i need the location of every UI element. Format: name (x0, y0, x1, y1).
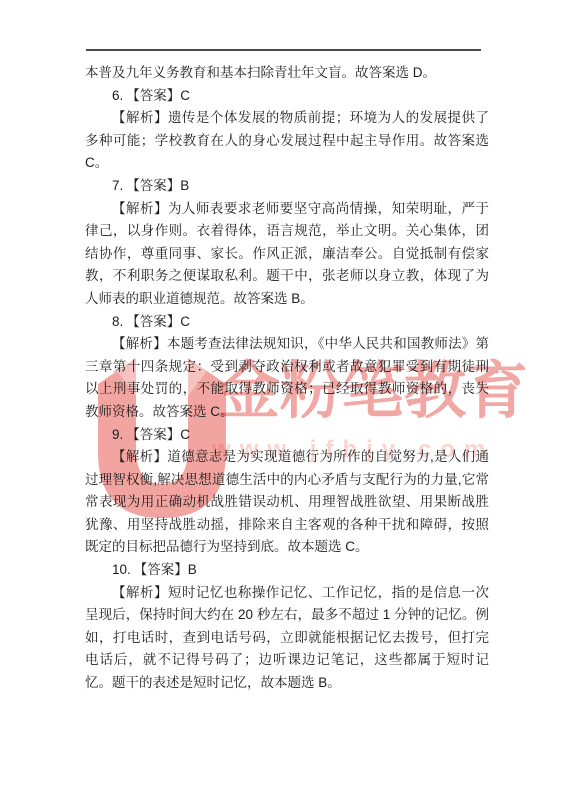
question-number: 10. (112, 562, 131, 577)
analysis-paragraph-9: 【解析】道德意志是为实现道德行为所作的自觉努力,是人们通过理智权衡,解决思想道德… (85, 446, 489, 559)
answer-line-6: 6.【答案】C (85, 85, 489, 108)
answer-line-10: 10.【答案】B (85, 559, 489, 582)
question-number: 9. (112, 427, 123, 442)
analysis-label: 【解析】 (112, 585, 168, 600)
analysis-paragraph-7: 【解析】为人师表要求老师要坚守高尚情操，知荣明耻，严于律己，以身作则。衣着得体，… (85, 198, 489, 311)
continuation-paragraph: 本普及九年义务教育和基本扫除青壮年文盲。故答案选 D。 (85, 62, 489, 85)
question-number: 7. (112, 178, 123, 193)
answer-letter: B (180, 178, 189, 193)
answer-letter: C (180, 314, 190, 329)
answer-label: 【答案】 (126, 178, 180, 193)
analysis-label: 【解析】 (112, 201, 168, 216)
answer-line-7: 7.【答案】B (85, 175, 489, 198)
analysis-text: 道德意志是为实现道德行为所作的自觉努力,是人们通过理智权衡,解决思想道德生活中的… (85, 449, 489, 554)
answer-line-8: 8.【答案】C (85, 311, 489, 334)
document-body: 本普及九年义务教育和基本扫除青壮年文盲。故答案选 D。 6.【答案】C 【解析】… (85, 62, 489, 695)
analysis-paragraph-8: 【解析】本题考查法律法规知识，《中华人民共和国教师法》第三章第十四条规定：受到剥… (85, 333, 489, 423)
analysis-paragraph-6: 【解析】遗传是个体发展的物质前提；环境为人的发展提供了多种可能；学校教育在人的身… (85, 107, 489, 175)
answer-label: 【答案】 (126, 314, 180, 329)
analysis-text: 短时记忆也称操作记忆、工作记忆，指的是信息一次呈现后，保持时间大约在 20 秒左… (85, 585, 489, 690)
answer-letter: B (188, 562, 197, 577)
answer-label: 【答案】 (126, 88, 180, 103)
analysis-label: 【解析】 (112, 449, 167, 464)
header-divider (86, 49, 481, 51)
answer-label: 【答案】 (126, 427, 180, 442)
analysis-label: 【解析】 (112, 336, 167, 351)
answer-letter: C (180, 88, 190, 103)
analysis-paragraph-10: 【解析】短时记忆也称操作记忆、工作记忆，指的是信息一次呈现后，保持时间大约在 2… (85, 582, 489, 695)
answer-label: 【答案】 (134, 562, 188, 577)
question-number: 6. (112, 88, 123, 103)
answer-letter: C (180, 427, 190, 442)
question-number: 8. (112, 314, 123, 329)
document-page: 金粉笔教育 www.jfbjy.com 本普及九年义务教育和基本扫除青壮年文盲。… (0, 0, 565, 800)
analysis-label: 【解析】 (112, 110, 168, 125)
answer-line-9: 9.【答案】C (85, 424, 489, 447)
analysis-text: 为人师表要求老师要坚守高尚情操，知荣明耻，严于律己，以身作则。衣着得体，语言规范… (85, 201, 489, 306)
